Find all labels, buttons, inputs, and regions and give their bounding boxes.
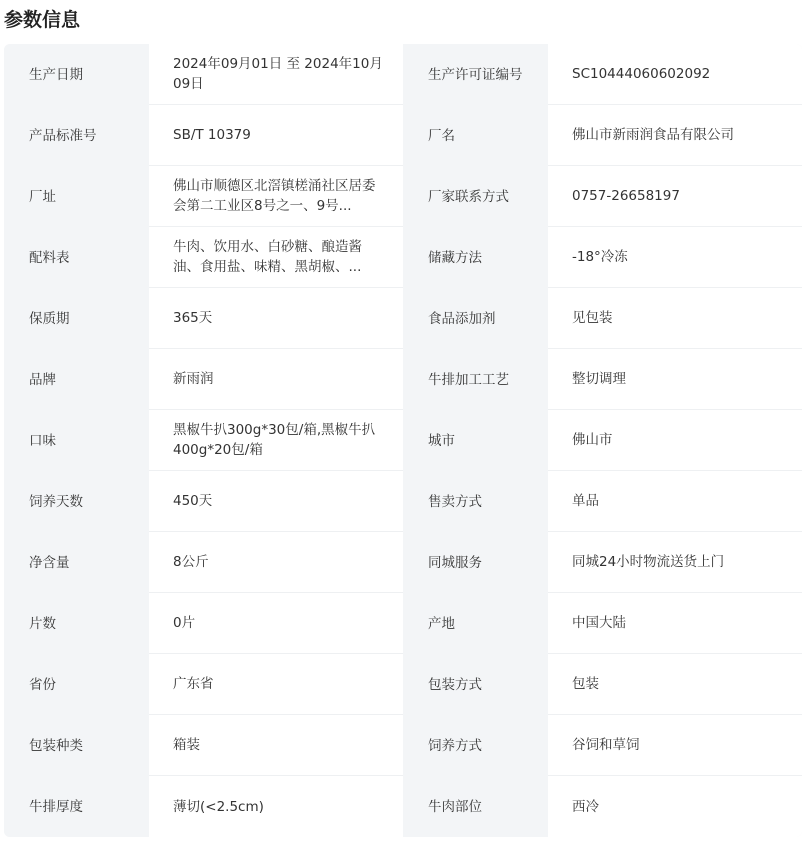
- table-row: 包装种类 箱装 饲养方式 谷饲和草饲: [4, 715, 802, 776]
- param-value: -18°冷冻: [548, 227, 802, 288]
- param-label: 产地: [403, 593, 548, 654]
- param-label: 生产许可证编号: [403, 44, 548, 105]
- param-value: 广东省: [149, 654, 403, 715]
- param-label: 牛排加工工艺: [403, 349, 548, 410]
- param-label: 同城服务: [403, 532, 548, 593]
- param-value: 同城24小时物流送货上门: [548, 532, 802, 593]
- table-row: 饲养天数 450天 售卖方式 单品: [4, 471, 802, 532]
- table-row: 厂址 佛山市顺德区北滘镇槎涌社区居委会第二工业区8号之一、9号... 厂家联系方…: [4, 166, 802, 227]
- param-label: 饲养天数: [4, 471, 149, 532]
- param-label: 牛排厚度: [4, 776, 149, 837]
- param-value: 8公斤: [149, 532, 403, 593]
- table-row: 牛排厚度 薄切(<2.5cm) 牛肉部位 西冷: [4, 776, 802, 837]
- parameter-table: 生产日期 2024年09月01日 至 2024年10月09日 生产许可证编号 S…: [4, 44, 802, 837]
- param-value: 谷饲和草饲: [548, 715, 802, 776]
- param-label: 食品添加剂: [403, 288, 548, 349]
- table-row: 净含量 8公斤 同城服务 同城24小时物流送货上门: [4, 532, 802, 593]
- table-row: 省份 广东省 包装方式 包装: [4, 654, 802, 715]
- param-value: 佛山市新雨润食品有限公司: [548, 105, 802, 166]
- param-label: 饲养方式: [403, 715, 548, 776]
- param-label: 配料表: [4, 227, 149, 288]
- param-value: 箱装: [149, 715, 403, 776]
- param-label: 省份: [4, 654, 149, 715]
- param-label: 厂家联系方式: [403, 166, 548, 227]
- param-value: 整切调理: [548, 349, 802, 410]
- param-value: SC10444060602092: [548, 44, 802, 105]
- table-row: 口味 黑椒牛扒300g*30包/箱,黑椒牛扒400g*20包/箱 城市 佛山市: [4, 410, 802, 471]
- param-value: 黑椒牛扒300g*30包/箱,黑椒牛扒400g*20包/箱: [149, 410, 403, 471]
- table-row: 生产日期 2024年09月01日 至 2024年10月09日 生产许可证编号 S…: [4, 44, 802, 105]
- param-value: SB/T 10379: [149, 105, 403, 166]
- param-value: 牛肉、饮用水、白砂糖、酿造酱油、食用盐、味精、黑胡椒、...: [149, 227, 403, 288]
- param-value: 0757-26658197: [548, 166, 802, 227]
- param-label: 厂名: [403, 105, 548, 166]
- param-label: 售卖方式: [403, 471, 548, 532]
- param-label: 牛肉部位: [403, 776, 548, 837]
- param-label: 城市: [403, 410, 548, 471]
- param-value: 薄切(<2.5cm): [149, 776, 403, 837]
- param-value: 0片: [149, 593, 403, 654]
- param-value: 2024年09月01日 至 2024年10月09日: [149, 44, 403, 105]
- param-label: 片数: [4, 593, 149, 654]
- param-value: 包装: [548, 654, 802, 715]
- param-label: 生产日期: [4, 44, 149, 105]
- param-label: 净含量: [4, 532, 149, 593]
- param-label: 包装方式: [403, 654, 548, 715]
- param-label: 口味: [4, 410, 149, 471]
- param-value: 单品: [548, 471, 802, 532]
- param-value: 新雨润: [149, 349, 403, 410]
- param-value: 佛山市: [548, 410, 802, 471]
- param-value: 佛山市顺德区北滘镇槎涌社区居委会第二工业区8号之一、9号...: [149, 166, 403, 227]
- param-label: 储藏方法: [403, 227, 548, 288]
- param-value: 365天: [149, 288, 403, 349]
- table-row: 配料表 牛肉、饮用水、白砂糖、酿造酱油、食用盐、味精、黑胡椒、... 储藏方法 …: [4, 227, 802, 288]
- param-label: 厂址: [4, 166, 149, 227]
- param-value: 中国大陆: [548, 593, 802, 654]
- table-row: 产品标准号 SB/T 10379 厂名 佛山市新雨润食品有限公司: [4, 105, 802, 166]
- param-value: 西冷: [548, 776, 802, 837]
- param-value: 见包装: [548, 288, 802, 349]
- param-label: 品牌: [4, 349, 149, 410]
- param-value: 450天: [149, 471, 403, 532]
- table-row: 片数 0片 产地 中国大陆: [4, 593, 802, 654]
- table-row: 品牌 新雨润 牛排加工工艺 整切调理: [4, 349, 802, 410]
- param-label: 包装种类: [4, 715, 149, 776]
- param-label: 产品标准号: [4, 105, 149, 166]
- table-row: 保质期 365天 食品添加剂 见包装: [4, 288, 802, 349]
- param-label: 保质期: [4, 288, 149, 349]
- section-title: 参数信息: [4, 5, 80, 32]
